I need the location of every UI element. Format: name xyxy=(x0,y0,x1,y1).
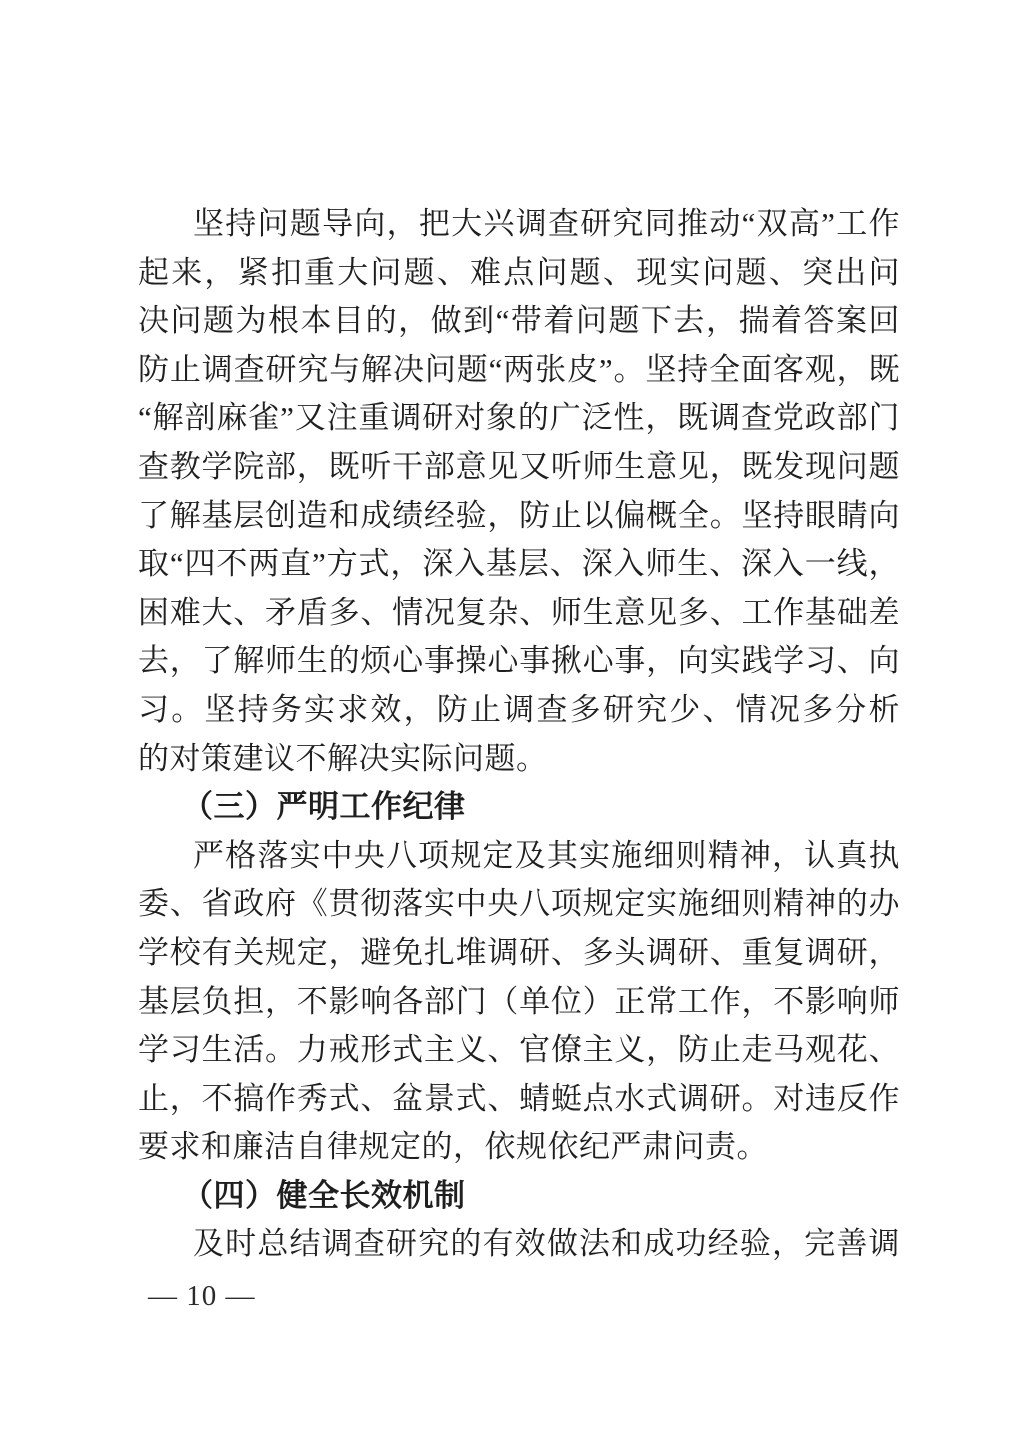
text-line: 去，了解师生的烦心事操心事揪心事，向实践学习、向师生学 xyxy=(138,637,900,686)
text-line: 起来，紧扣重大问题、难点问题、现实问题、突出问题，以解 xyxy=(138,249,900,298)
text-line: 取“四不两直”方式，深入基层、深入师生、深入一线，多到 xyxy=(138,540,900,589)
section-heading-3: （三）严明工作纪律 xyxy=(138,783,900,832)
text-line: 防止调查研究与解决问题“两张皮”。坚持全面客观，既善于 xyxy=(138,346,900,395)
text-line: 查教学院部，既听干部意见又听师生意见，既发现问题不足又 xyxy=(138,443,900,492)
paragraph-end-line: 要求和廉洁自律规定的，依规依纪严肃问责。 xyxy=(138,1123,900,1172)
text-line: 严格落实中央八项规定及其实施细则精神，认真执行省 xyxy=(138,832,900,881)
text-line: 坚持问题导向，把大兴调查研究同推动“双高”工作结合 xyxy=(138,200,900,249)
text-line: 了解基层创造和成绩经验，防止以偏概全。坚持眼睛向下，采 xyxy=(138,492,900,541)
text-line: “解剖麻雀”又注重调研对象的广泛性，既调查党政部门又调 xyxy=(138,394,900,443)
text-line: 止，不搞作秀式、盆景式、蜻蜓点水式调研。对违反作风建设 xyxy=(138,1075,900,1124)
text-line: 委、省政府《贯彻落实中央八项规定实施细则精神的办法》和 xyxy=(138,880,900,929)
document-page: 坚持问题导向，把大兴调查研究同推动“双高”工作结合 起来，紧扣重大问题、难点问题… xyxy=(0,0,1024,1448)
text-line: 学校有关规定，避免扎堆调研、多头调研、重复调研，不增加 xyxy=(138,929,900,978)
text-line: 决问题为根本目的，做到“带着问题下去，揣着答案回来”， xyxy=(138,297,900,346)
page-number: — 10 — xyxy=(148,1276,256,1316)
text-line: 困难大、矛盾多、情况复杂、师生意见多、工作基础差的地方 xyxy=(138,589,900,638)
section-heading-4: （四）健全长效机制 xyxy=(138,1172,900,1221)
text-line: 基层负担，不影响各部门（单位）正常工作，不影响师生正常 xyxy=(138,978,900,1027)
text-line: 习。坚持务实求效，防止调查多研究少、情况多分析少，提出 xyxy=(138,686,900,735)
text-line: 及时总结调查研究的有效做法和成功经验，完善调查研究 xyxy=(138,1220,900,1269)
paragraph-end-line: 的对策建议不解决实际问题。 xyxy=(138,735,900,784)
text-line: 学习生活。力戒形式主义、官僚主义，防止走马观花、浅尝辄 xyxy=(138,1026,900,1075)
document-body: 坚持问题导向，把大兴调查研究同推动“双高”工作结合 起来，紧扣重大问题、难点问题… xyxy=(138,200,900,1269)
